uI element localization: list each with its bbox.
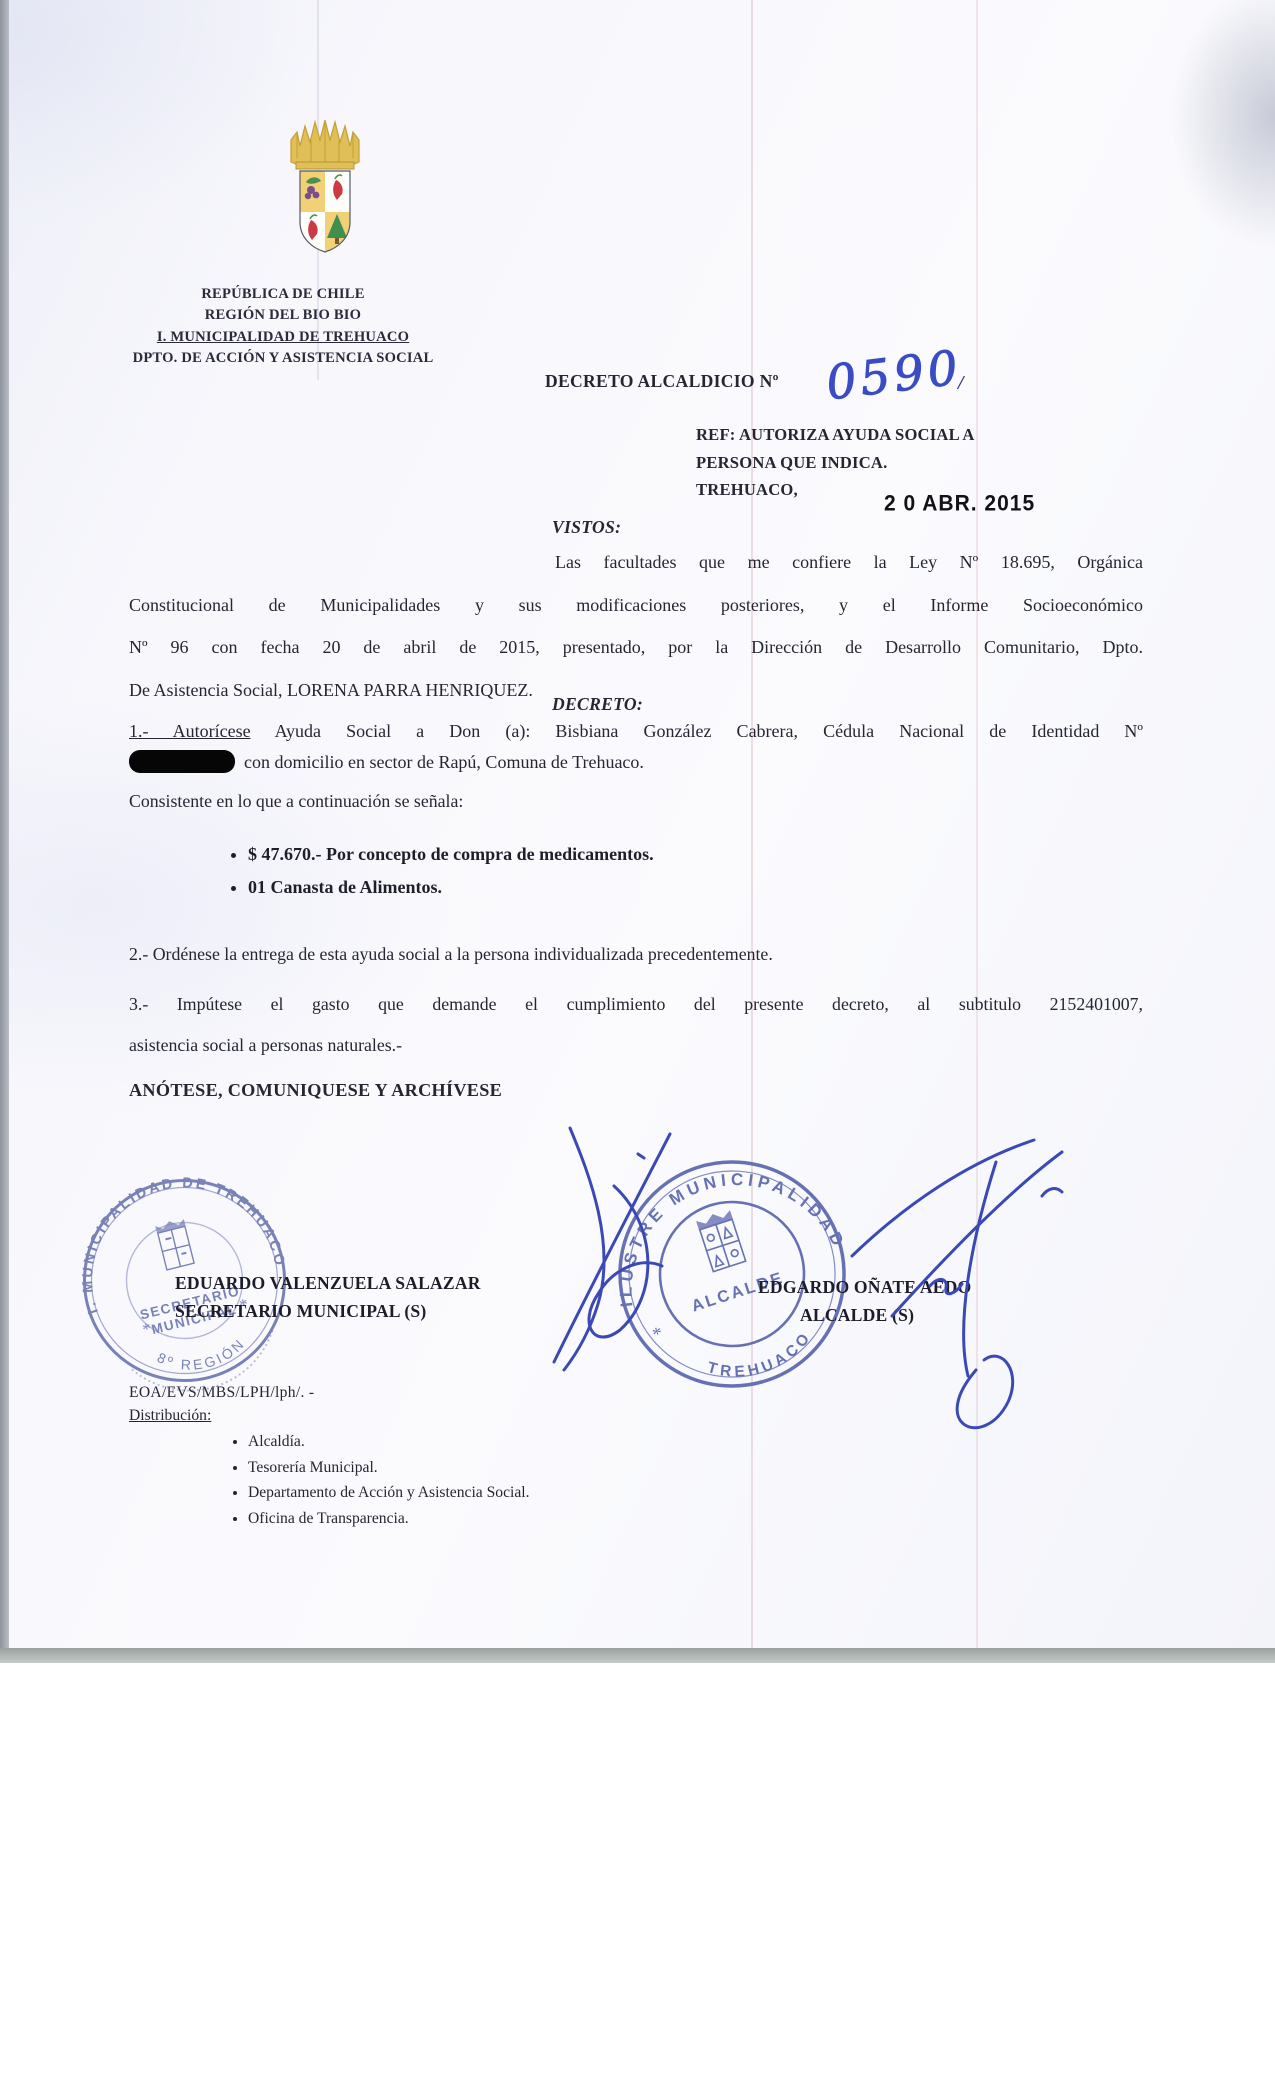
decreto-item-3-line-2: asistencia social a personas naturales.- [129, 1025, 1143, 1066]
vistos-line: Las facultades que me confiere la Ley Nº… [555, 541, 1143, 584]
scanned-document: REPÚBLICA DE CHILE REGIÓN DEL BIO BIO I.… [0, 0, 1275, 2100]
distribution-item: Oficina de Transparencia. [248, 1506, 529, 1532]
secretary-name: EDUARDO VALENZUELA SALAZAR [175, 1270, 481, 1298]
aid-items-list: $ 47.670.- Por concepto de compra de med… [212, 838, 654, 904]
scanner-edge-left [0, 0, 9, 1648]
letterhead-region: REGIÓN DEL BIO BIO [100, 305, 466, 326]
mayor-signature-ink [836, 1134, 1076, 1444]
letterhead-municipality: I. MUNICIPALIDAD DE TREHUACO [100, 327, 466, 348]
vistos-line: Nº 96 con fecha 20 de abril de 2015, pre… [129, 626, 1143, 669]
svg-text:8º REGIÓN: 8º REGIÓN [152, 1329, 252, 1383]
secretary-title: SECRETARIO MUNICIPAL (S) [175, 1298, 481, 1326]
document-page: REPÚBLICA DE CHILE REGIÓN DEL BIO BIO I.… [0, 0, 1275, 1648]
decreto-item-3: 3.- Impútese el gasto que demande el cum… [129, 984, 1143, 1066]
letterhead: REPÚBLICA DE CHILE REGIÓN DEL BIO BIO I.… [100, 284, 466, 369]
vistos-paragraph: Las facultades que me confiere la Ley Nº… [129, 541, 1143, 711]
letterhead-country: REPÚBLICA DE CHILE [100, 284, 466, 305]
decree-title: DECRETO ALCALDICIO Nº [545, 371, 779, 392]
ref-line: PERSONA QUE INDICA. [696, 449, 1036, 477]
aid-item: $ 47.670.- Por concepto de compra de med… [248, 838, 654, 871]
distribution-list: Alcaldía. Tesorería Municipal. Departame… [212, 1429, 529, 1531]
decreto-item-1: 1.- Autorícese Ayuda Social a Don (a): B… [129, 716, 1143, 777]
distribution-item: Tesorería Municipal. [248, 1455, 529, 1481]
distribution-item: Departamento de Acción y Asistencia Soci… [248, 1480, 529, 1506]
secretary-signature-ink [518, 1124, 723, 1374]
scanner-edge-bottom [0, 1648, 1275, 1663]
decreto-item-1-line-2: con domicilio en sector de Rapú, Comuna … [129, 747, 1143, 778]
ref-line: REF: AUTORIZA AYUDA SOCIAL A [696, 421, 1036, 449]
paper-crease [751, 0, 753, 1648]
handwritten-decree-number: 0590 [818, 334, 968, 420]
redaction-box [129, 750, 235, 773]
distribution-heading: Distribución: [129, 1407, 211, 1425]
date-stamp: 2 0 ABR. 2015 [884, 491, 1035, 516]
consistente-line: Consistente en lo que a continuación se … [129, 791, 463, 812]
decreto-item-1-underlined: 1.- Autorícese [129, 721, 251, 741]
closing-formula: ANÓTESE, COMUNIQUESE Y ARCHÍVESE [129, 1080, 502, 1101]
decreto-item-2: 2.- Ordénese la entrega de esta ayuda so… [129, 944, 773, 965]
svg-text:0590: 0590 [823, 340, 964, 411]
letterhead-department: DPTO. DE ACCIÓN Y ASISTENCIA SOCIAL [100, 348, 466, 369]
vistos-heading: VISTOS: [552, 517, 621, 538]
aid-item: 01 Canasta de Alimentos. [248, 871, 654, 904]
secretary-signature-block: EDUARDO VALENZUELA SALAZAR SECRETARIO MU… [175, 1270, 481, 1325]
decreto-item-1-line-1: 1.- Autorícese Ayuda Social a Don (a): B… [129, 716, 1143, 747]
decreto-item-1-rest: Ayuda Social a Don (a): Bisbiana Gonzále… [251, 721, 1143, 741]
decreto-item-3-line-1: 3.- Impútese el gasto que demande el cum… [129, 984, 1143, 1025]
municipal-coat-of-arms-icon [282, 110, 368, 284]
decreto-heading: DECRETO: [552, 694, 643, 715]
distribution-item: Alcaldía. [248, 1429, 529, 1455]
decree-number-slash: / [958, 372, 964, 395]
vistos-line: Constitucional de Municipalidades y sus … [129, 584, 1143, 627]
stamp-bottom-text: 8º REGIÓN [152, 1329, 252, 1383]
decreto-item-1-after: con domicilio en sector de Rapú, Comuna … [244, 752, 644, 772]
